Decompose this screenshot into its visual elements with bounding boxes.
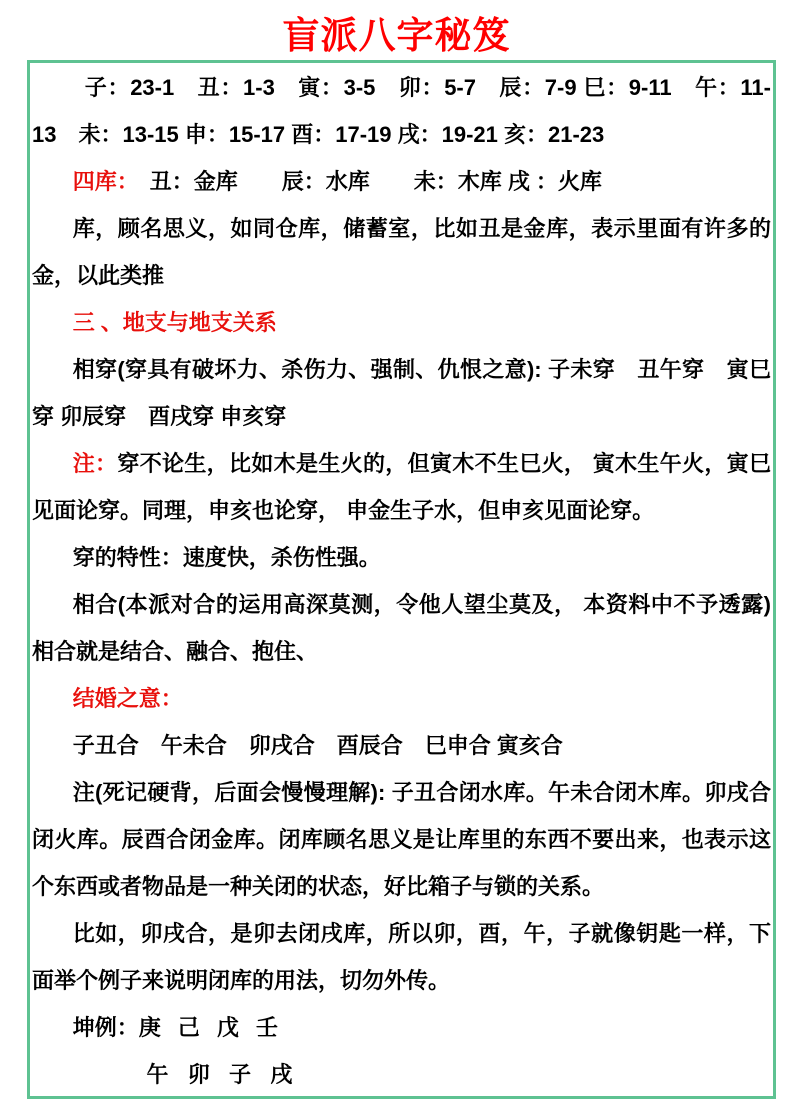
paragraph-chuan-traits: 穿的特性：速度快，杀伤性强。 bbox=[32, 534, 771, 581]
paragraph-text: 库，顾名思义，如同仓库，储蓄室，比如丑是金库，表示里面有许多的金，以此类推 bbox=[32, 216, 771, 288]
page-title: 盲派八字秘笈 bbox=[0, 16, 793, 56]
section-heading-branch-relations: 三 、地支与地支关系 bbox=[32, 299, 771, 346]
paragraph-text: 穿不论生，比如木是生火的，但寅木不生巳火， 寅木生午火，寅巳见面论穿。同理，申亥… bbox=[32, 451, 771, 523]
paragraph-text: 子丑合 午未合 卯戌合 酉辰合 巳申合 寅亥合 bbox=[73, 733, 563, 758]
paragraph-xianghe: 相合(本派对合的运用高深莫测，令他人望尘莫及， 本资料中不予透露)相合就是结合、… bbox=[32, 581, 771, 675]
paragraph-storage-explain: 库，顾名思义，如同仓库，储蓄室，比如丑是金库，表示里面有许多的金，以此类推 bbox=[32, 205, 771, 299]
paragraph-text: 穿的特性：速度快，杀伤性强。 bbox=[73, 545, 381, 570]
section-heading-marriage-meaning: 结婚之意： bbox=[32, 675, 771, 722]
paragraph-text: 子：23-1 丑：1-3 寅：3-5 卯：5-7 辰：7-9 巳：9-11 午：… bbox=[32, 75, 771, 147]
paragraph-text: 相合(本派对合的运用高深莫测，令他人望尘莫及， 本资料中不予透露)相合就是结合、… bbox=[32, 592, 771, 664]
paragraph-hours-table: 子：23-1 丑：1-3 寅：3-5 卯：5-7 辰：7-9 巳：9-11 午：… bbox=[32, 64, 771, 158]
document-page: 盲派八字秘笈 子：23-1 丑：1-3 寅：3-5 卯：5-7 辰：7-9 巳：… bbox=[0, 0, 793, 1108]
paragraph-text: 坤例：庚 己 戊 壬 bbox=[73, 1015, 278, 1040]
paragraph-xiangchuan: 相穿(穿具有破坏力、杀伤力、强制、仇恨之意): 子未穿 丑午穿 寅巳穿 卯辰穿 … bbox=[32, 346, 771, 440]
red-heading: 结婚之意： bbox=[73, 686, 183, 711]
paragraph-text: 丑：金库 辰：水库 未：木库 戌 ：火库 bbox=[128, 169, 602, 194]
paragraph-text: 相穿(穿具有破坏力、杀伤力、强制、仇恨之意): 子未穿 丑午穿 寅巳穿 卯辰穿 … bbox=[32, 357, 771, 429]
paragraph-kun-example-stems: 坤例：庚 己 戊 壬 bbox=[32, 1004, 771, 1051]
content-border-box: 子：23-1 丑：1-3 寅：3-5 卯：5-7 辰：7-9 巳：9-11 午：… bbox=[27, 60, 776, 1099]
paragraph-four-storages: 四库： 丑：金库 辰：水库 未：木库 戌 ：火库 bbox=[32, 158, 771, 205]
paragraph-note-chuan: 注：穿不论生，比如木是生火的，但寅木不生巳火， 寅木生午火，寅巳见面论穿。同理，… bbox=[32, 440, 771, 534]
paragraph-he-combinations: 子丑合 午未合 卯戌合 酉辰合 巳申合 寅亥合 bbox=[32, 722, 771, 769]
red-heading: 三 、地支与地支关系 bbox=[73, 310, 277, 335]
red-note-label: 注： bbox=[73, 451, 118, 476]
paragraph-kun-example-branches: 午 卯 子 戌 bbox=[32, 1051, 771, 1098]
paragraph-note-memorize: 注(死记硬背，后面会慢慢理解): 子丑合闭水库。午未合闭木库。卯戌合闭火库。辰酉… bbox=[32, 769, 771, 910]
paragraph-text: 午 卯 子 戌 bbox=[146, 1062, 292, 1087]
red-heading: 四库： bbox=[73, 169, 128, 194]
paragraph-text: 比如，卯戌合，是卯去闭戌库，所以卯，酉，午，子就像钥匙一样，下面举个例子来说明闭… bbox=[32, 921, 771, 993]
paragraph-example-intro: 比如，卯戌合，是卯去闭戌库，所以卯，酉，午，子就像钥匙一样，下面举个例子来说明闭… bbox=[32, 910, 771, 1004]
paragraph-text: 注(死记硬背，后面会慢慢理解): 子丑合闭水库。午未合闭木库。卯戌合闭火库。辰酉… bbox=[32, 780, 771, 899]
